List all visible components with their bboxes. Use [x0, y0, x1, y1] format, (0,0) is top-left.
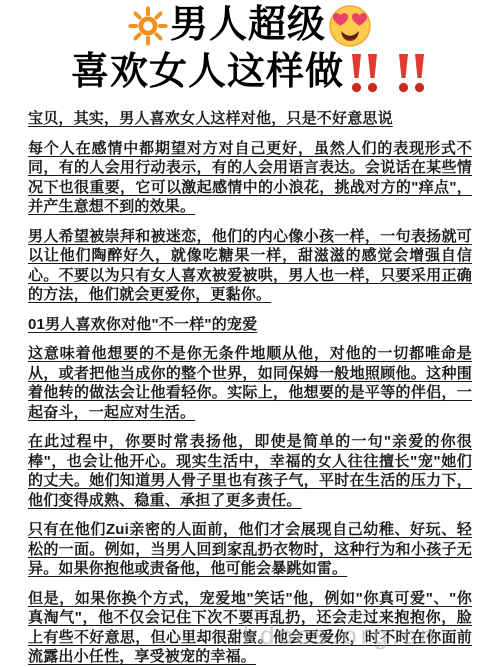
paragraph-sweet-teasing: 但是，如果你换个方式，宠爱地"笑话"他，例如"你真可爱"、"你真淘气"，他不仅会…	[28, 589, 472, 667]
title-line2-text: 喜欢女人这样做	[71, 49, 344, 96]
paragraph-equal-partner: 这意味着他想要的不是你无条件地顺从他，对他的一切都唯命是从，或者把他当成你的整个…	[28, 344, 472, 422]
paragraph-praise: 在此过程中，你要时常表扬他，即使是简单的一句"亲爱的你很棒"，也会让他开心。现实…	[28, 432, 472, 510]
title-line-1: 男人超级	[0, 2, 500, 49]
double-exclamation-icon	[393, 52, 429, 94]
double-exclamation-icon	[346, 52, 382, 94]
paragraph-expectation: 每个人在感情中都期望对方对自己更好，虽然人们的表现形式不同，有的人会用行动表示，…	[28, 139, 472, 217]
title-line-2: 喜欢女人这样做	[0, 49, 500, 96]
paragraph-childish-side: 只有在他们Zui亲密的人面前，他们才会展现自己幼稚、好玩、轻松的一面。例如，当男…	[28, 520, 472, 579]
article-page: 男人超级 喜欢女人这样做	[0, 0, 500, 667]
sun-icon	[128, 6, 168, 46]
title-line1-text: 男人超级	[170, 2, 326, 49]
heart-eyes-emoji-icon	[328, 4, 372, 48]
paragraph-admiration: 男人希望被崇拜和被迷恋，他们的内心像小孩一样，一句表扬就可以让他们陶醉好久，就像…	[28, 227, 472, 305]
section-heading-01: 01男人喜欢你对他"不一样"的宠爱	[28, 315, 472, 335]
page-title: 男人超级 喜欢女人这样做	[0, 0, 500, 96]
article-body: 宝贝，其实，男人喜欢女人这样对他，只是不好意思说 每个人在感情中都期望对方对自己…	[0, 109, 500, 667]
paragraph-intro: 宝贝，其实，男人喜欢女人这样对他，只是不好意思说	[28, 109, 472, 129]
